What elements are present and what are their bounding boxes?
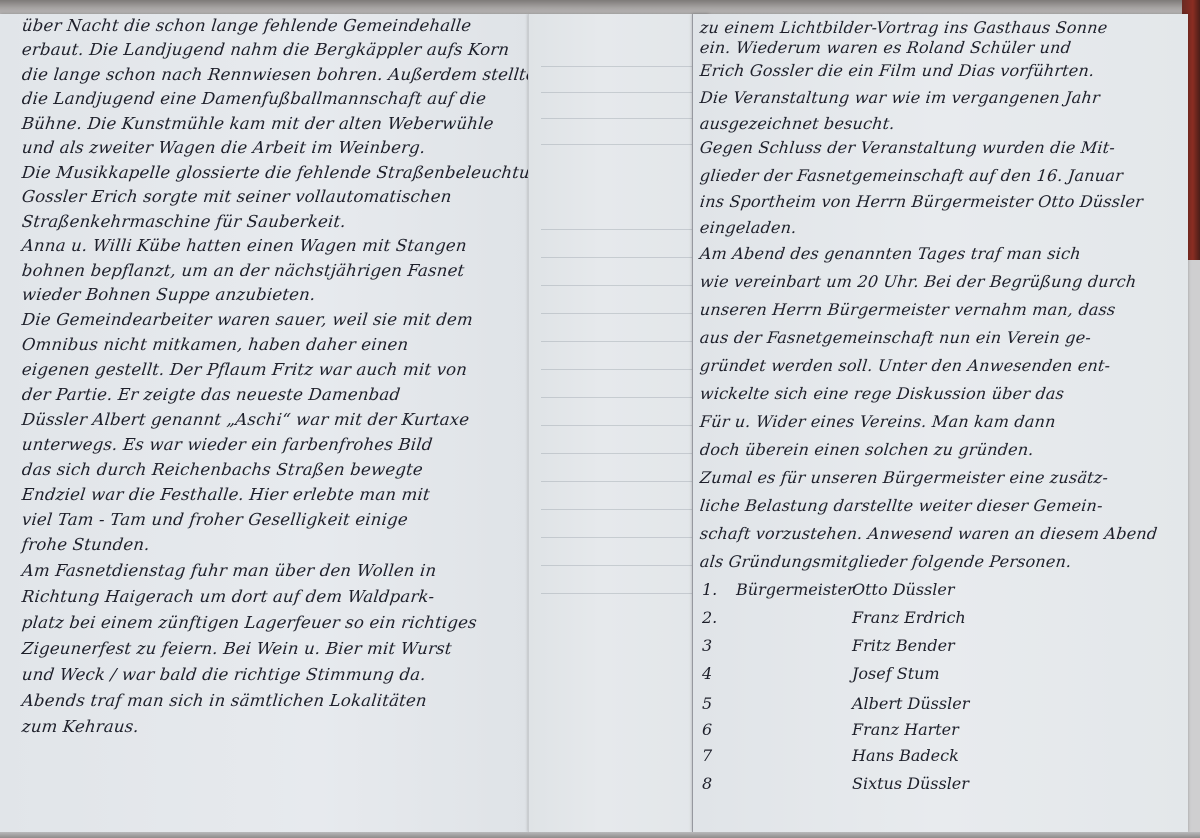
page-margin-line [692, 14, 693, 832]
left-line-1: über Nacht die schon lange fehlende Geme… [21, 16, 472, 35]
left-line-21: viel Tam - Tam und froher Geselligkeit e… [21, 510, 409, 529]
right-line-6: Gegen Schluss der Veranstaltung wurden d… [699, 138, 1116, 157]
ruling-line [541, 257, 709, 258]
right-line-3: Erich Gossler die ein Film und Dias vorf… [699, 61, 1095, 80]
left-line-13: Die Gemeindearbeiter waren sauer, weil s… [21, 310, 474, 329]
member-name: Josef Stum [852, 664, 940, 683]
right-line-12: unseren Herrn Bürgermeister vernahm man,… [699, 300, 1117, 319]
right-line-10: Am Abend des genannten Tages traf man si… [699, 244, 1082, 263]
ruling-line [541, 565, 709, 566]
right-line-19: liche Belastung darstellte weiter dieser… [699, 496, 1104, 515]
left-line-26: Zigeunerfest zu feiern. Bei Wein u. Bier… [21, 639, 453, 658]
ruling-line [541, 66, 709, 67]
member-number: 1. [702, 580, 717, 599]
ruling-line [541, 369, 709, 370]
right-line-15: wickelte sich eine rege Diskussion über … [699, 384, 1065, 403]
left-line-2: erbaut. Die Landjugend nahm die Bergkäpp… [21, 40, 510, 59]
right-line-14: gründet werden soll. Unter den Anwesende… [699, 356, 1111, 375]
left-line-12: wieder Bohnen Suppe anzubieten. [21, 285, 316, 304]
member-number: 8 [702, 774, 712, 793]
ruling-line [541, 509, 709, 510]
left-line-18: unterwegs. Es war wieder ein farbenfrohe… [21, 435, 434, 454]
ruling-line [541, 537, 709, 538]
right-page: zu einem Lichtbilder-Vortrag ins Gasthau… [692, 14, 1188, 832]
left-line-4: die Landjugend eine Damenfußballmannscha… [21, 89, 487, 108]
member-name: Franz Erdrich [852, 608, 966, 627]
ruling-line [541, 425, 709, 426]
ruling-line [541, 285, 709, 286]
right-line-13: aus der Fasnetgemeinschaft nun ein Verei… [699, 328, 1092, 347]
ruling-line [541, 341, 709, 342]
member-number: 6 [702, 720, 712, 739]
left-line-16: der Partie. Er zeigte das neueste Damenb… [21, 385, 401, 404]
left-line-11: bohnen bepflanzt, um an der nächstjährig… [21, 261, 465, 280]
ruling-line [541, 397, 709, 398]
member-number: 7 [702, 746, 712, 765]
right-line-1: zu einem Lichtbilder-Vortrag ins Gasthau… [699, 18, 1108, 37]
left-line-23: Am Fasnetdienstag fuhr man über den Woll… [21, 561, 437, 580]
member-number: 3 [702, 636, 712, 655]
member-name: Franz Harter [852, 720, 959, 739]
member-name: Fritz Bender [852, 636, 955, 655]
left-line-6: und als zweiter Wagen die Arbeit im Wein… [21, 138, 426, 157]
ruling-line [541, 593, 709, 594]
ruling-line [541, 92, 709, 93]
left-line-3: die lange schon nach Rennwiesen bohren. … [21, 65, 537, 84]
notebook-photo: über Nacht die schon lange fehlende Geme… [0, 0, 1200, 838]
ruling-line [541, 453, 709, 454]
member-name: Sixtus Düssler [852, 774, 969, 793]
notebook-bottom-edge [0, 832, 1200, 838]
ruling-line [541, 144, 709, 145]
left-line-19: das sich durch Reichenbachs Straßen bewe… [21, 460, 424, 479]
left-line-9: Straßenkehrmaschine für Sauberkeit. [21, 212, 347, 231]
member-name: Albert Düssler [852, 694, 969, 713]
member-name: Hans Badeck [852, 746, 959, 765]
left-line-24: Richtung Haigerach um dort auf dem Waldp… [21, 587, 435, 606]
left-line-28: Abends traf man sich in sämtlichen Lokal… [21, 691, 428, 710]
ruling-line [541, 229, 709, 230]
right-line-11: wie vereinbart um 20 Uhr. Bei der Begrüß… [699, 272, 1137, 291]
member-number: 2. [702, 608, 717, 627]
left-line-15: eigenen gestellt. Der Pflaum Fritz war a… [21, 360, 468, 379]
left-line-8: Gossler Erich sorgte mit seiner vollauto… [21, 187, 453, 206]
left-page: über Nacht die schon lange fehlende Geme… [0, 14, 528, 832]
left-line-14: Omnibus nicht mitkamen, haben daher eine… [21, 335, 409, 354]
left-line-7: Die Musikkapelle glossierte die fehlende… [21, 163, 553, 182]
right-line-5: ausgezeichnet besucht. [699, 114, 896, 133]
right-line-7: glieder der Fasnetgemeinschaft auf den 1… [699, 166, 1124, 185]
member-number: 5 [702, 694, 712, 713]
right-line-17: doch überein einen solchen zu gründen. [699, 440, 1035, 459]
left-line-17: Düssler Albert genannt „Aschi“ war mit d… [21, 410, 470, 429]
left-line-27: und Weck / war bald die richtige Stimmun… [21, 665, 427, 684]
ruling-line [541, 313, 709, 314]
right-line-4: Die Veranstaltung war wie im vergangenen… [699, 88, 1101, 107]
right-line-9: eingeladen. [699, 218, 798, 237]
ruling-line [541, 118, 709, 119]
member-name: Otto Düssler [852, 580, 954, 599]
right-line-18: Zumal es für unseren Bürgermeister eine … [699, 468, 1109, 487]
left-line-5: Bühne. Die Kunstmühle kam mit der alten … [21, 114, 495, 133]
left-line-20: Endziel war die Festhalle. Hier erlebte … [21, 485, 431, 504]
right-line-2: ein. Wiederum waren es Roland Schüler un… [699, 38, 1072, 57]
right-line-21: als Gründungsmitglieder folgende Persone… [699, 552, 1072, 571]
gutter-ruled-page [528, 14, 709, 832]
left-line-10: Anna u. Willi Kübe hatten einen Wagen mi… [21, 236, 468, 255]
left-line-22: frohe Stunden. [21, 535, 151, 554]
left-line-25: platz bei einem zünftigen Lagerfeuer so … [21, 613, 478, 632]
right-line-8: ins Sportheim von Herrn Bürgermeister Ot… [699, 192, 1144, 211]
left-line-29: zum Kehraus. [21, 717, 140, 736]
member-number: 4 [702, 664, 712, 683]
right-line-16: Für u. Wider eines Vereins. Man kam dann [699, 412, 1057, 431]
member-title: Bürgermeister [736, 580, 855, 599]
ruling-line [541, 481, 709, 482]
right-line-20: schaft vorzustehen. Anwesend waren an di… [699, 524, 1158, 543]
